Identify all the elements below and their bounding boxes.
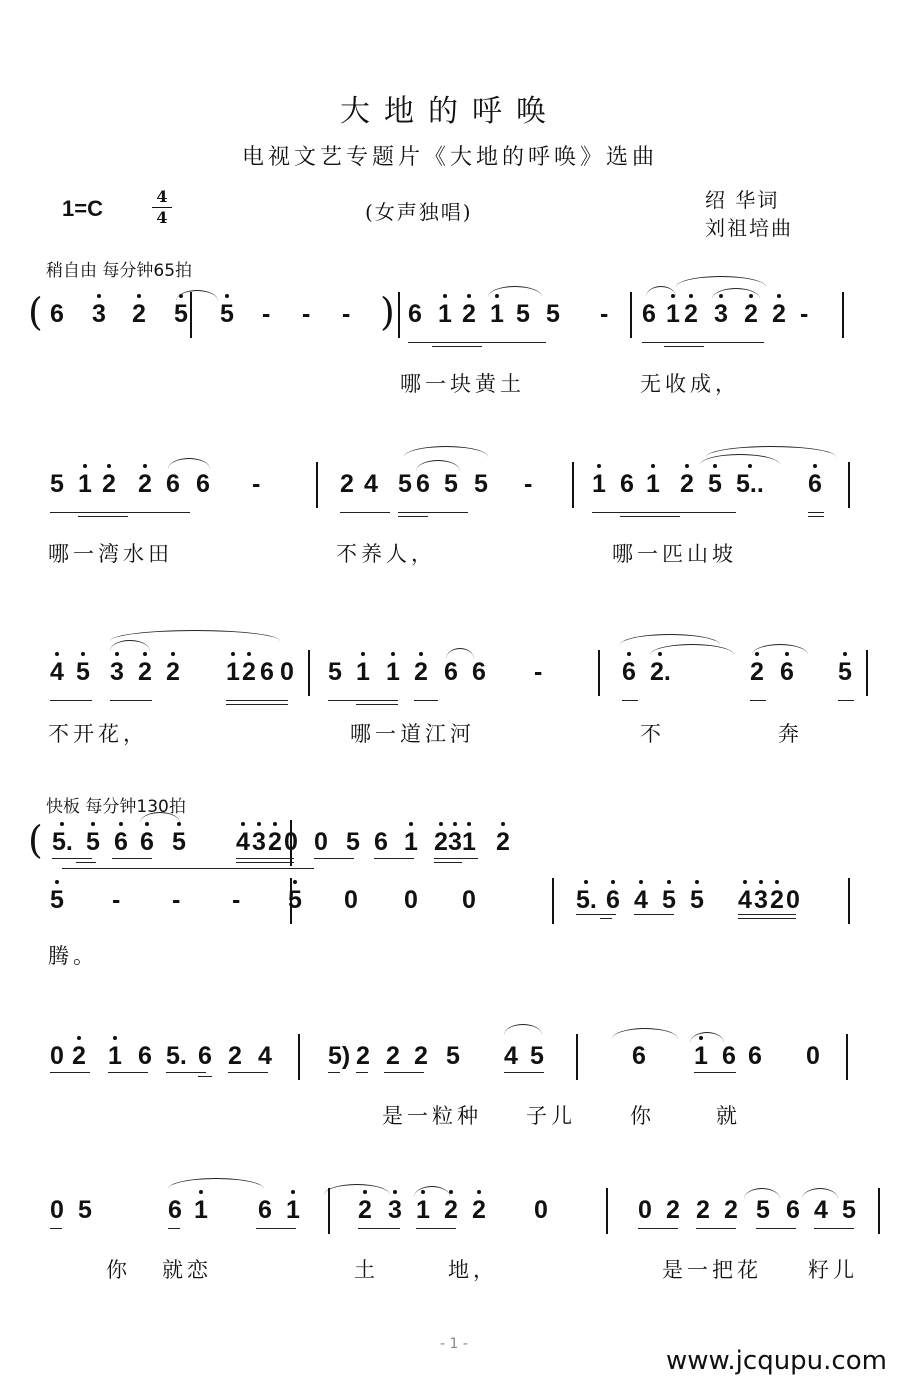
note: 2 — [102, 470, 116, 499]
rhythm-underline — [416, 1228, 456, 1229]
rhythm-underline — [838, 700, 854, 701]
note: 2 — [72, 1042, 86, 1071]
note: 4 — [236, 828, 250, 857]
lyric: 就 — [716, 1100, 741, 1130]
dash-extension: - — [600, 300, 608, 329]
barline — [606, 1188, 608, 1234]
dash-extension: - — [342, 300, 350, 329]
note: 5. — [576, 886, 597, 915]
barline — [316, 462, 318, 508]
note: 2 — [772, 300, 786, 329]
note: 3 — [110, 658, 124, 687]
note: 1 — [386, 658, 400, 687]
note: 2 — [444, 1196, 458, 1225]
note: 6 — [140, 828, 154, 857]
note: 3 — [388, 1196, 402, 1225]
rhythm-underline — [620, 516, 680, 517]
slur — [446, 648, 474, 659]
barline — [848, 462, 850, 508]
dash-extension: - — [524, 470, 532, 499]
note: 6 — [780, 658, 794, 687]
barline — [552, 878, 554, 924]
barline — [846, 1034, 848, 1080]
note: 2 — [680, 470, 694, 499]
note: 0 — [314, 828, 328, 857]
note: 1 — [416, 1196, 430, 1225]
barline — [290, 878, 292, 924]
slur — [168, 1178, 264, 1189]
note: 4 — [738, 886, 752, 915]
note: 5. — [166, 1042, 187, 1071]
lyric: 土 — [354, 1254, 379, 1284]
note: 5 — [398, 470, 412, 499]
note: 6 — [138, 1042, 152, 1071]
rhythm-underline — [664, 346, 704, 347]
note: 2 — [496, 828, 510, 857]
note: 5 — [174, 300, 188, 329]
tempo-mark-slow: 稍自由 每分钟65拍 — [46, 256, 192, 281]
note: 6 — [416, 470, 430, 499]
note: 2 — [414, 658, 428, 687]
note: 1 — [108, 1042, 122, 1071]
slur — [650, 644, 734, 655]
note: 2. — [650, 658, 671, 687]
note: 2 — [744, 300, 758, 329]
barline — [848, 878, 850, 924]
note: 2 — [696, 1196, 710, 1225]
voice-type: (女声独唱) — [365, 196, 473, 225]
note: 2 — [138, 470, 152, 499]
rhythm-underline — [694, 1072, 736, 1073]
note: 5 — [446, 1042, 460, 1071]
lyric: 哪一湾水田 — [48, 538, 173, 568]
note: 2 — [684, 300, 698, 329]
rhythm-underline — [600, 918, 612, 919]
note: 1 — [666, 300, 680, 329]
slur — [752, 644, 808, 655]
note: 6 — [606, 886, 620, 915]
page-number: - 1 - — [440, 1336, 468, 1352]
note: 4 — [814, 1196, 828, 1225]
rhythm-underline — [138, 512, 190, 513]
note: 5 — [328, 658, 342, 687]
rhythm-underline — [236, 862, 294, 863]
note: 1 — [356, 658, 370, 687]
note: 5 — [474, 470, 488, 499]
note: 2 — [242, 658, 256, 687]
note: 5 — [172, 828, 186, 857]
rhythm-underline — [432, 346, 482, 347]
barline — [866, 650, 868, 696]
note: 5 — [50, 886, 64, 915]
note: 6 — [620, 470, 634, 499]
note: 2 — [166, 658, 180, 687]
slur — [712, 288, 760, 299]
note: 4 — [258, 1042, 272, 1071]
lyric: 子儿 — [526, 1100, 576, 1130]
slur — [414, 1186, 450, 1197]
rhythm-underline — [110, 700, 152, 701]
rhythm-underline — [398, 512, 468, 513]
note: 3 — [754, 886, 768, 915]
note: 1 — [462, 828, 476, 857]
rhythm-underline — [414, 700, 438, 701]
note: 2 — [228, 1042, 242, 1071]
rhythm-underline — [50, 700, 92, 701]
slur — [646, 286, 676, 297]
rhythm-underline — [340, 512, 390, 513]
rhythm-underline — [358, 1228, 400, 1229]
rhythm-underline — [256, 1228, 296, 1229]
note: 5 — [76, 658, 90, 687]
note: 2 — [666, 1196, 680, 1225]
rhythm-underline — [226, 700, 288, 701]
note: 6 — [444, 658, 458, 687]
composer: 刘祖培曲 — [705, 214, 793, 242]
note: 2 — [462, 300, 476, 329]
note: 1 — [694, 1042, 708, 1071]
slur — [416, 460, 460, 471]
rhythm-underline — [374, 858, 414, 859]
dash-extension: - — [112, 886, 120, 915]
note: 3 — [448, 828, 462, 857]
note: 5 — [516, 300, 530, 329]
note: 5 — [444, 470, 458, 499]
rhythm-underline — [356, 704, 398, 705]
parenthesis: ) — [380, 290, 395, 334]
rhythm-underline — [236, 858, 294, 859]
note: 2 — [770, 886, 784, 915]
note: 6 — [168, 1196, 182, 1225]
note: 6 — [472, 658, 486, 687]
note: 1 — [404, 828, 418, 857]
note: 5 — [756, 1196, 770, 1225]
lyric: 地， — [448, 1254, 498, 1284]
note: 1 — [490, 300, 504, 329]
dash-extension: - — [252, 470, 260, 499]
rhythm-underline — [642, 342, 722, 343]
barline — [576, 1034, 578, 1080]
slur — [404, 446, 488, 457]
barline — [630, 292, 632, 338]
rhythm-underline — [328, 1072, 340, 1073]
note: 6 — [622, 658, 636, 687]
note: 6 — [808, 470, 822, 499]
dash-extension: - — [232, 886, 240, 915]
note: 0 — [462, 886, 476, 915]
rhythm-underline — [714, 342, 764, 343]
note: 1 — [194, 1196, 208, 1225]
note: 1 — [286, 1196, 300, 1225]
note: 2 — [358, 1196, 372, 1225]
rhythm-underline — [52, 858, 92, 859]
note: 2 — [356, 1042, 370, 1071]
slur — [176, 290, 218, 301]
note: 6 — [50, 300, 64, 329]
watermark-url: www.jcqupu.com — [666, 1346, 887, 1376]
note: 5. — [52, 828, 73, 857]
dash-extension: - — [262, 300, 270, 329]
note: 2 — [386, 1042, 400, 1071]
note: 2 — [472, 1196, 486, 1225]
parenthesis: ( — [28, 290, 43, 334]
lyricist: 绍 华词 — [705, 186, 793, 214]
rhythm-underline — [434, 862, 462, 863]
lyric: 你 — [106, 1254, 131, 1284]
parenthesis: ( — [28, 818, 43, 862]
slur — [504, 1024, 542, 1035]
barline — [878, 1188, 880, 1234]
rhythm-underline — [198, 1076, 212, 1077]
rhythm-underline — [384, 1072, 424, 1073]
note: 5 — [690, 886, 704, 915]
note: 6 — [722, 1042, 736, 1071]
lyric: 哪一道江河 — [350, 718, 475, 748]
lyric: 哪一匹山坡 — [612, 538, 737, 568]
credits: 绍 华词 刘祖培曲 — [705, 186, 793, 242]
note: 3 — [92, 300, 106, 329]
rhythm-underline — [814, 1228, 854, 1229]
lyric: 不养人， — [336, 538, 436, 568]
rhythm-underline — [78, 516, 128, 517]
rhythm-underline — [166, 1072, 206, 1073]
note: 5 — [346, 828, 360, 857]
rhythm-underline — [398, 516, 428, 517]
lyric: 不开花， — [48, 718, 148, 748]
rhythm-underline — [750, 700, 766, 701]
note: 2 — [268, 828, 282, 857]
note: 6 — [260, 658, 274, 687]
note: 2 — [724, 1196, 738, 1225]
note: 0 — [534, 1196, 548, 1225]
rhythm-underline — [634, 914, 674, 915]
song-subtitle: 电视文艺专题片《大地的呼唤》选曲 — [0, 140, 900, 171]
note: 5) — [328, 1042, 350, 1071]
note: 0 — [50, 1196, 64, 1225]
note: 5 — [220, 300, 234, 329]
note: 6 — [198, 1042, 212, 1071]
note: 0 — [638, 1196, 652, 1225]
note: 1 — [438, 300, 452, 329]
lyric: 籽儿 — [808, 1254, 858, 1284]
note: 5 — [546, 300, 560, 329]
slur — [324, 1184, 390, 1195]
key-signature: 1=C — [62, 196, 103, 222]
rhythm-underline — [696, 1228, 736, 1229]
note: 6 — [166, 470, 180, 499]
rhythm-underline — [622, 700, 638, 701]
dash-extension: - — [302, 300, 310, 329]
note: 5 — [50, 470, 64, 499]
rhythm-underline — [50, 1228, 62, 1229]
rhythm-underline — [50, 512, 146, 513]
rhythm-underline — [576, 914, 616, 915]
slur — [110, 630, 280, 641]
note: 0 — [404, 886, 418, 915]
barline — [398, 292, 400, 338]
rhythm-underline — [50, 1072, 90, 1073]
barline — [572, 462, 574, 508]
dash-extension: - — [534, 658, 542, 687]
note: 6 — [642, 300, 656, 329]
rhythm-underline — [112, 858, 152, 859]
note: 2 — [132, 300, 146, 329]
rhythm-underline — [680, 512, 736, 513]
slur — [690, 1032, 724, 1043]
note: 4 — [504, 1042, 518, 1071]
lyric: 你 — [630, 1100, 655, 1130]
note: 6 — [196, 470, 210, 499]
lyric: 腾。 — [48, 940, 98, 970]
note: 6 — [374, 828, 388, 857]
note: 0 — [344, 886, 358, 915]
rhythm-underline — [808, 512, 824, 513]
note: 1 — [78, 470, 92, 499]
dash-extension: - — [800, 300, 808, 329]
note: 6 — [258, 1196, 272, 1225]
song-title: 大地的呼唤 — [0, 86, 900, 130]
rhythm-underline — [226, 704, 288, 705]
rhythm-underline — [76, 862, 96, 863]
rhythm-underline — [808, 516, 824, 517]
note: 4 — [634, 886, 648, 915]
note: 5 — [708, 470, 722, 499]
slur — [744, 1188, 780, 1199]
rhythm-underline — [638, 1228, 678, 1229]
rhythm-underline — [168, 1228, 180, 1229]
barline — [308, 650, 310, 696]
lyric: 哪一块黄土 — [400, 368, 525, 398]
rhythm-underline — [738, 918, 796, 919]
rhythm-underline — [504, 1072, 544, 1073]
barline — [298, 1034, 300, 1080]
rhythm-underline — [486, 342, 546, 343]
note: 5 — [842, 1196, 856, 1225]
rhythm-underline — [738, 914, 796, 915]
note: 5.. — [736, 470, 764, 499]
rhythm-underline — [228, 1072, 268, 1073]
note: 2 — [434, 828, 448, 857]
slur — [620, 634, 720, 645]
lyric: 无收成， — [640, 368, 740, 398]
note: 3 — [252, 828, 266, 857]
slur — [110, 640, 150, 651]
note: 2 — [340, 470, 354, 499]
rhythm-underline — [356, 1072, 368, 1073]
slur — [802, 1188, 838, 1199]
note: 0 — [280, 658, 294, 687]
note: 4 — [50, 658, 64, 687]
note: 1 — [646, 470, 660, 499]
barline — [290, 820, 292, 866]
note: 1 — [592, 470, 606, 499]
note: 6 — [748, 1042, 762, 1071]
time-signature: 4 4 — [152, 188, 172, 227]
lyric: 奔 — [778, 718, 803, 748]
note: 2 — [750, 658, 764, 687]
note: 1 — [226, 658, 240, 687]
note: 5 — [86, 828, 100, 857]
note: 6 — [632, 1042, 646, 1071]
note: 6 — [408, 300, 422, 329]
note: 0 — [786, 886, 800, 915]
slur — [612, 1028, 678, 1039]
note: 2 — [138, 658, 152, 687]
slur — [168, 458, 210, 469]
lyric: 就恋 — [162, 1254, 212, 1284]
lyric: 是一把花 — [662, 1254, 762, 1284]
note: 5 — [530, 1042, 544, 1071]
slur — [488, 286, 542, 297]
rhythm-underline — [328, 700, 398, 701]
note: 3 — [714, 300, 728, 329]
lyric: 是一粒种 — [382, 1100, 482, 1130]
barline — [842, 292, 844, 338]
dash-extension: - — [172, 886, 180, 915]
note: 0 — [50, 1042, 64, 1071]
rhythm-underline — [108, 1072, 148, 1073]
note: 6 — [114, 828, 128, 857]
note: 4 — [364, 470, 378, 499]
note: 5 — [838, 658, 852, 687]
note: 5 — [78, 1196, 92, 1225]
note: 2 — [414, 1042, 428, 1071]
rhythm-underline — [756, 1228, 796, 1229]
slur — [706, 446, 836, 457]
note: 0 — [806, 1042, 820, 1071]
barline — [598, 650, 600, 696]
rhythm-underline — [314, 858, 354, 859]
lyric: 不 — [640, 718, 665, 748]
rhythm-underline — [434, 858, 478, 859]
slur — [676, 276, 766, 287]
note: 5 — [662, 886, 676, 915]
note: 6 — [786, 1196, 800, 1225]
tie-line — [62, 868, 314, 869]
